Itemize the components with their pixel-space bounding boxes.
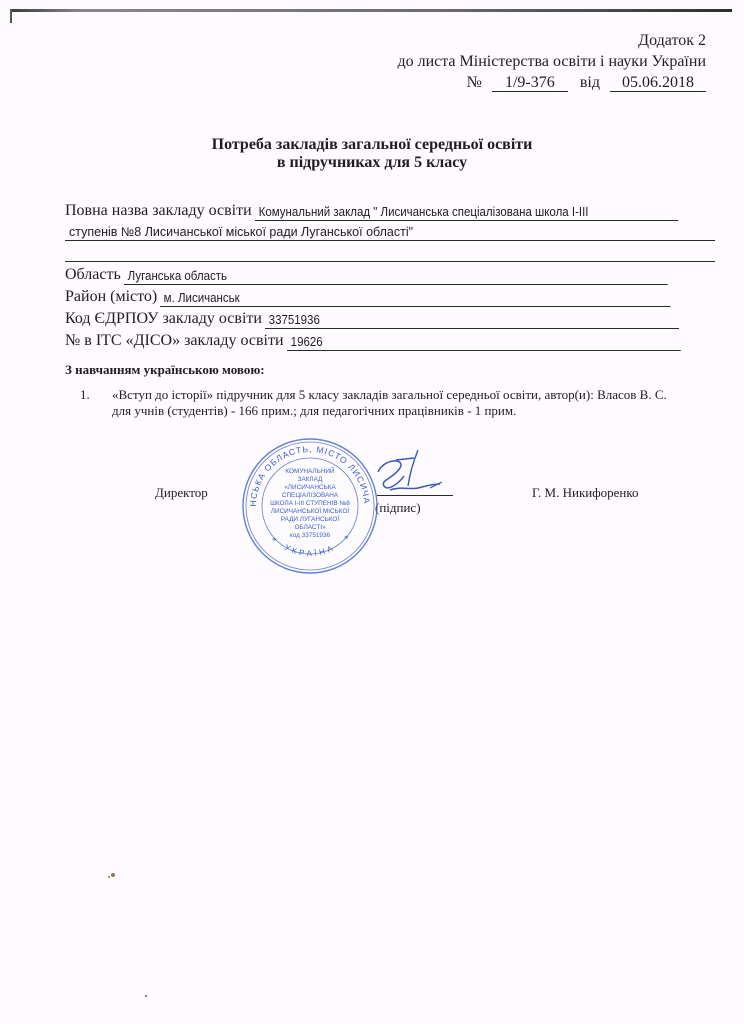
district-label: Район (місто) <box>65 287 157 307</box>
item-quantities: для учнів (студентів) - 166 прим.; для п… <box>112 403 720 419</box>
stamp-inner-line: «ЛИСИЧАНСЬКА <box>284 484 336 491</box>
appendix-label: Додаток 2 <box>397 30 706 51</box>
stamp-inner-line: код 33751936 <box>290 532 331 539</box>
date-prefix: від <box>580 74 600 91</box>
document-title: Потреба закладів загальної середньої осв… <box>0 136 744 172</box>
handwritten-signature <box>370 446 460 500</box>
region-label: Область <box>65 265 121 285</box>
diso-value: 19626 <box>287 334 681 351</box>
stamp-inner-line: СПЕЦІАЛІЗОВАНА <box>282 492 339 499</box>
edrpou-field: Код ЄДРПОУ закладу освіти 33751936 <box>65 309 715 329</box>
diso-field: № в ІТС «ДІСО» закладу освіти 19626 <box>65 331 715 351</box>
title-line-1: Потреба закладів загальної середньої осв… <box>0 136 744 154</box>
stamp-bottom-text: УКРАЇНА <box>283 543 337 558</box>
edrpou-label: Код ЄДРПОУ закладу освіти <box>65 309 262 329</box>
scan-speck <box>108 876 110 878</box>
stamp-inner-line: ЛИСИЧАНСЬКОЇ МІСЬКОЇ <box>271 507 350 515</box>
stamp-inner-line: ШКОЛА І-ІІІ СТУПЕНІВ №8 <box>270 500 350 507</box>
letter-date: 05.06.2018 <box>610 74 706 92</box>
stamp-inner-line: ЗАКЛАД <box>298 476 324 483</box>
scan-edge-corner <box>10 9 12 23</box>
letter-number-row: № 1/9-376 від 05.06.2018 <box>397 72 706 93</box>
full-name-value-line-1: Комунальний заклад " Лисичанська спеціал… <box>255 204 678 221</box>
edrpou-value: 33751936 <box>265 312 679 329</box>
stamp-star-right: * <box>344 534 349 544</box>
full-name-value-line-2: ступенів №8 Лисичанської міської ради Лу… <box>65 224 715 241</box>
section-title: З навчанням українською мовою: <box>65 362 265 378</box>
diso-label: № в ІТС «ДІСО» закладу освіти <box>65 331 284 351</box>
full-name-value-line-3 <box>65 246 715 262</box>
official-stamp: ЛУГАНСЬКА ОБЛАСТЬ, МІСТО ЛИСИЧАНСЬК УКРА… <box>240 436 380 576</box>
scan-speck <box>111 873 115 877</box>
region-value: Луганська область <box>124 268 668 285</box>
scan-speck <box>145 995 147 997</box>
svg-text:УКРАЇНА: УКРАЇНА <box>283 543 337 558</box>
full-name-label: Повна назва закладу освіти <box>65 201 252 221</box>
region-field: Область Луганська область <box>65 265 715 285</box>
district-value: м. Лисичанськ <box>160 290 670 307</box>
number-prefix: № <box>467 74 482 91</box>
letter-reference: до листа Міністерства освіти і науки Укр… <box>397 51 706 72</box>
stamp-inner-line: ОБЛАСТІ» <box>294 524 326 531</box>
scan-edge-line <box>10 9 732 12</box>
title-line-2: в підручниках для 5 класу <box>0 154 744 172</box>
full-name-field: Повна назва закладу освіти Комунальний з… <box>65 201 715 221</box>
signature-caption: (підпис) <box>375 500 421 516</box>
stamp-inner-line: РАДИ ЛУГАНСЬКОЇ <box>281 515 340 523</box>
director-label: Директор <box>155 485 208 501</box>
stamp-inner-line: КОМУНАЛЬНИЙ <box>285 466 335 475</box>
item-description: «Вступ до історії» підручник для 5 класу… <box>112 387 720 403</box>
document-header: Додаток 2 до листа Міністерства освіти і… <box>397 20 706 93</box>
director-name: Г. М. Никифоренко <box>532 485 639 501</box>
letter-number: 1/9-376 <box>492 74 568 92</box>
stamp-star-left: * <box>272 536 277 546</box>
item-number: 1. <box>80 387 90 403</box>
district-field: Район (місто) м. Лисичанськ <box>65 287 715 307</box>
